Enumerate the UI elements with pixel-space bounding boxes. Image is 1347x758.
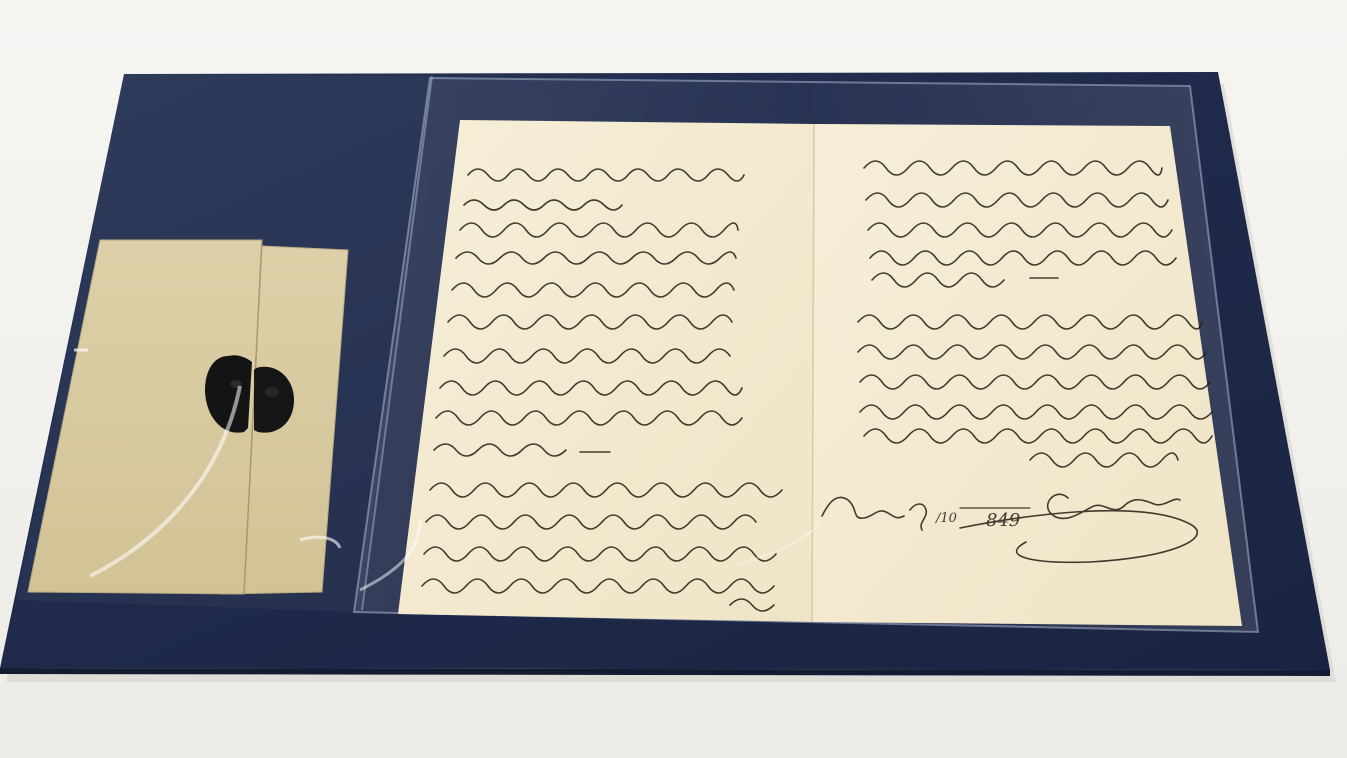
- photo-scene: /10 849 Historical handwritten letter in…: [0, 0, 1347, 758]
- date-year-fragment: 849: [986, 510, 1020, 531]
- exhibit-illustration: /10 849: [0, 0, 1347, 758]
- date-denominator: /10: [934, 511, 957, 526]
- letter-page-left: [398, 120, 814, 622]
